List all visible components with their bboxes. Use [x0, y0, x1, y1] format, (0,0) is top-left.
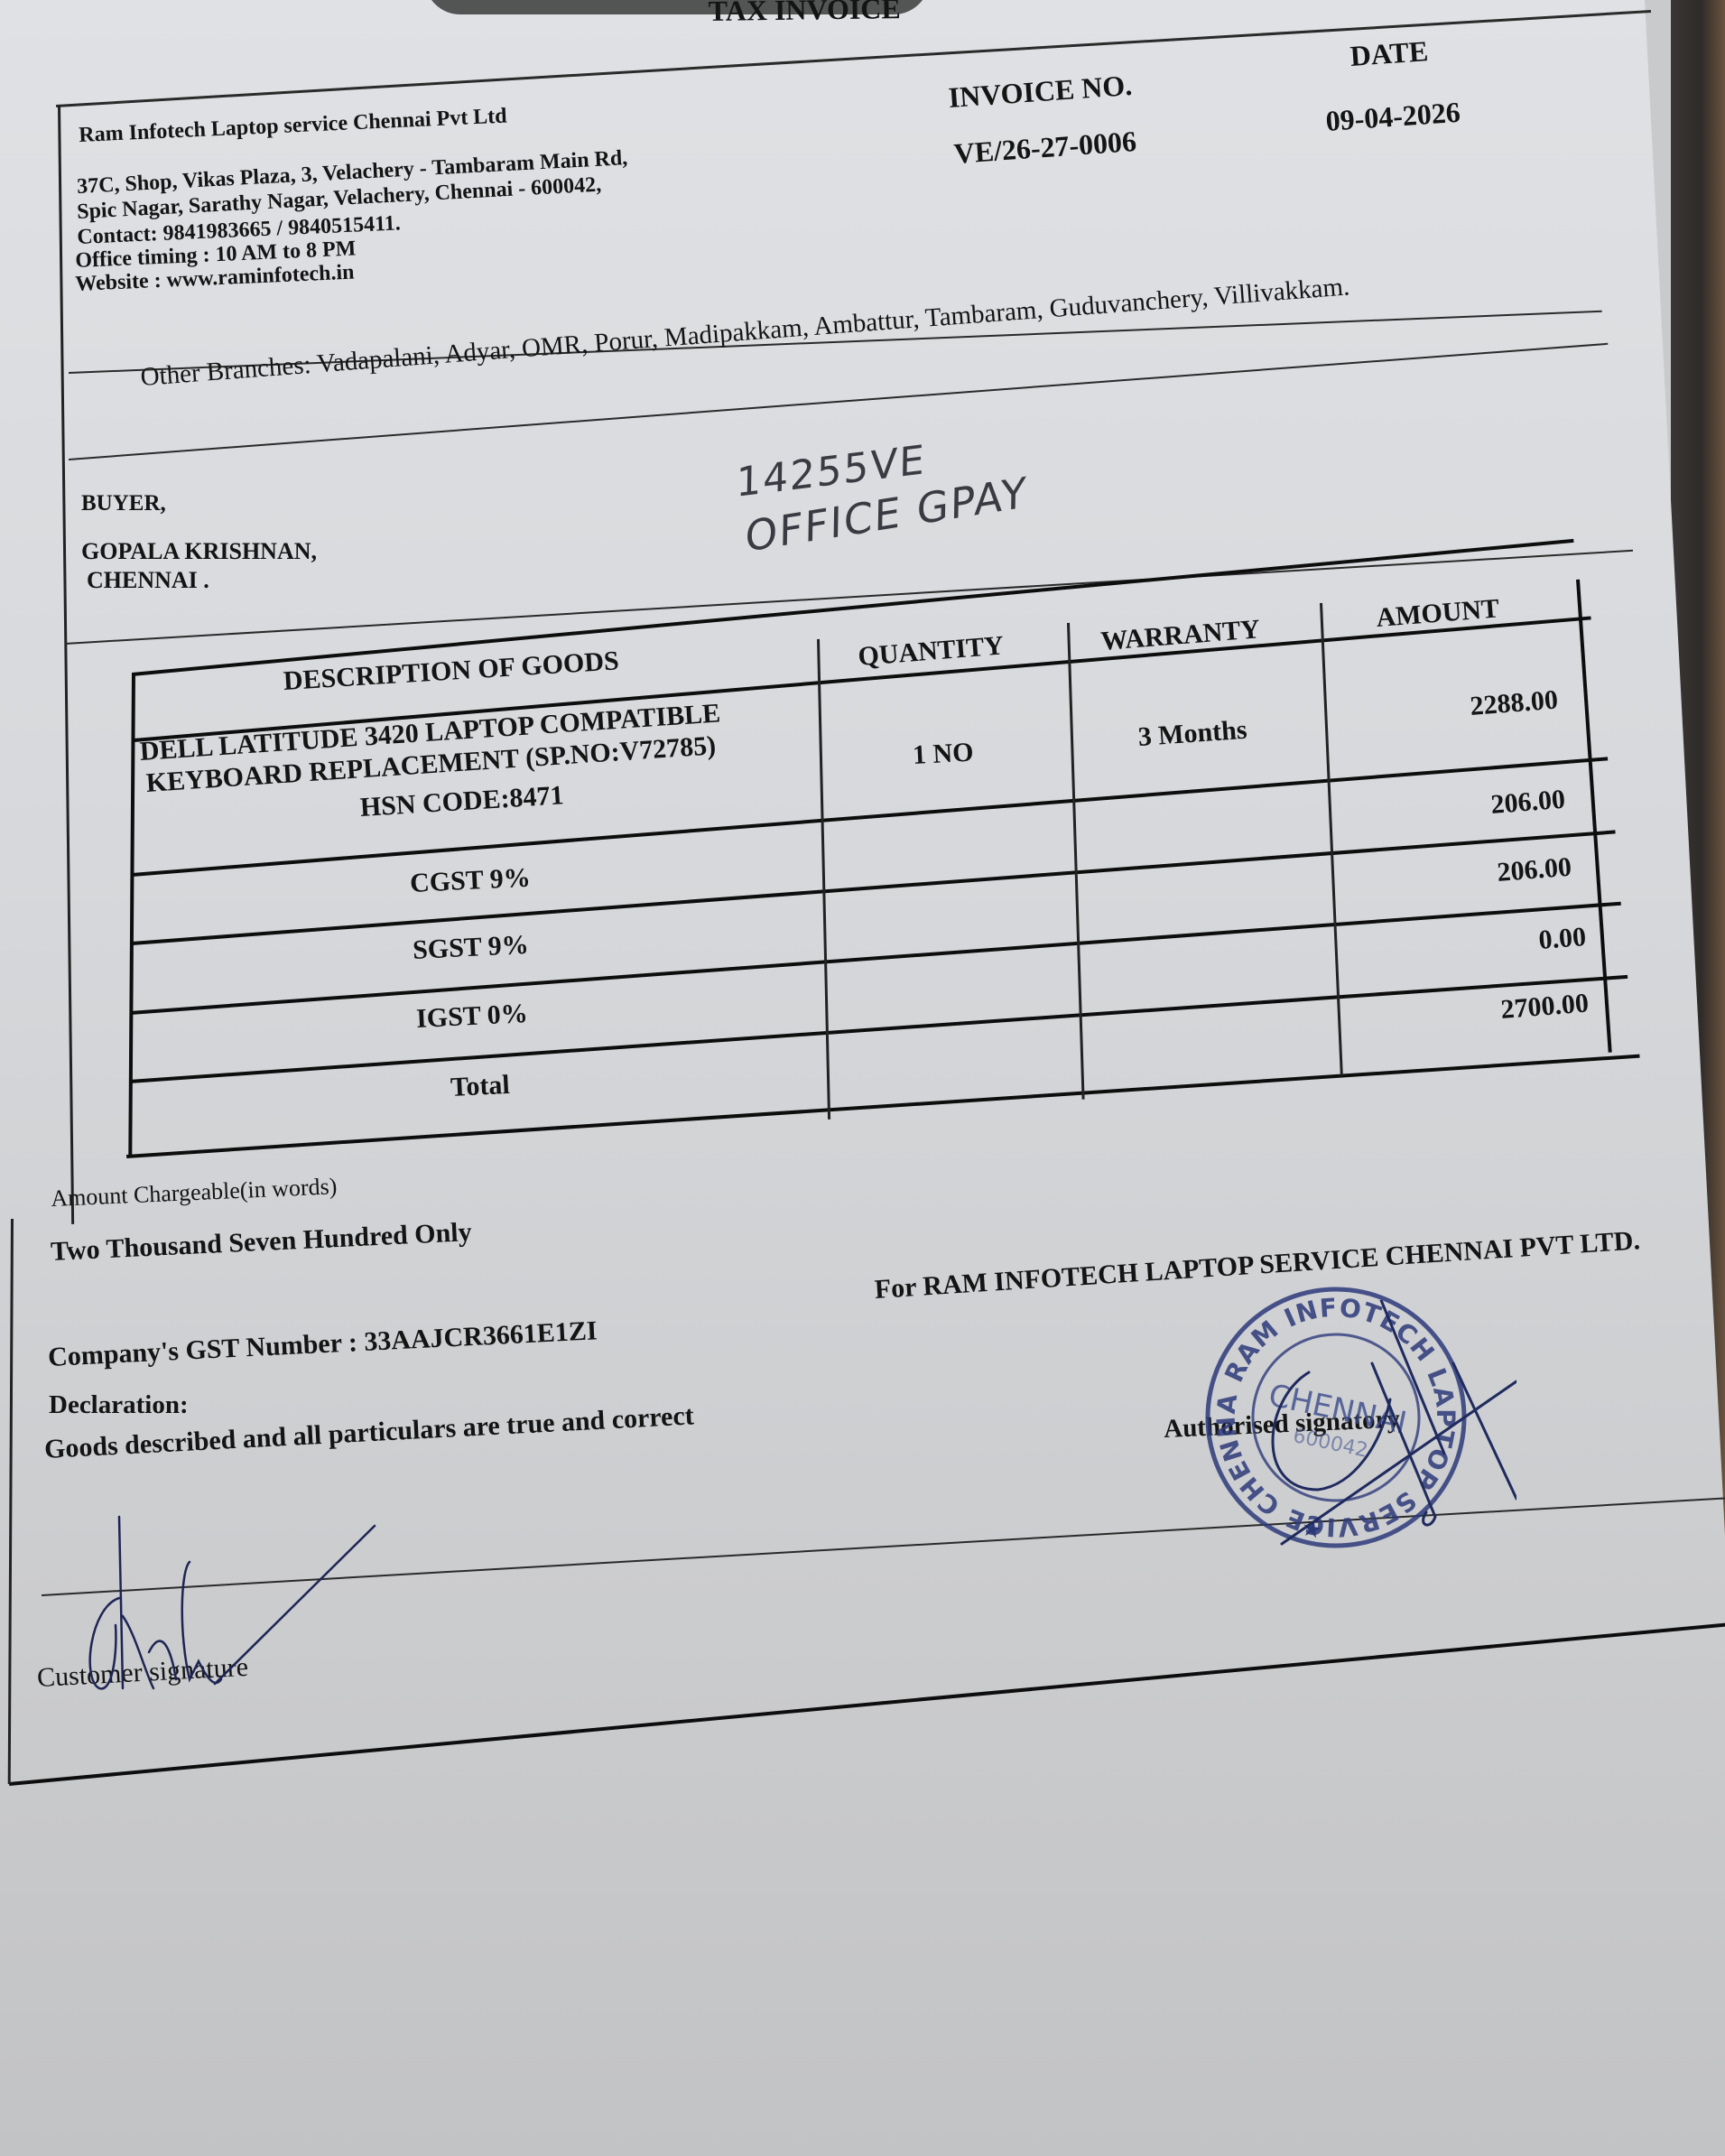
amount-cgst: 206.00	[1489, 785, 1566, 821]
amount-sgst: 206.00	[1496, 852, 1572, 888]
buyer-label: BUYER,	[81, 491, 166, 516]
amount-igst: 0.00	[1537, 922, 1587, 956]
document-title: TAX INVOICE	[708, 0, 901, 28]
buyer-city: CHENNAI .	[87, 567, 209, 594]
tax-label-cgst: CGST 9%	[409, 863, 531, 899]
buyer-name: GOPALA KRISHNAN,	[81, 538, 317, 565]
authoriser-signature-icon	[1246, 1300, 1516, 1553]
customer-signature-icon	[63, 1499, 388, 1706]
item-quantity: 1 NO	[912, 738, 974, 771]
total-label: Total	[450, 1070, 510, 1103]
invoice-date-label: DATE	[1349, 34, 1429, 73]
declaration-label: Declaration:	[49, 1390, 189, 1420]
tax-label-sgst: SGST 9%	[412, 930, 529, 966]
tax-label-igst: IGST 0%	[415, 999, 528, 1035]
